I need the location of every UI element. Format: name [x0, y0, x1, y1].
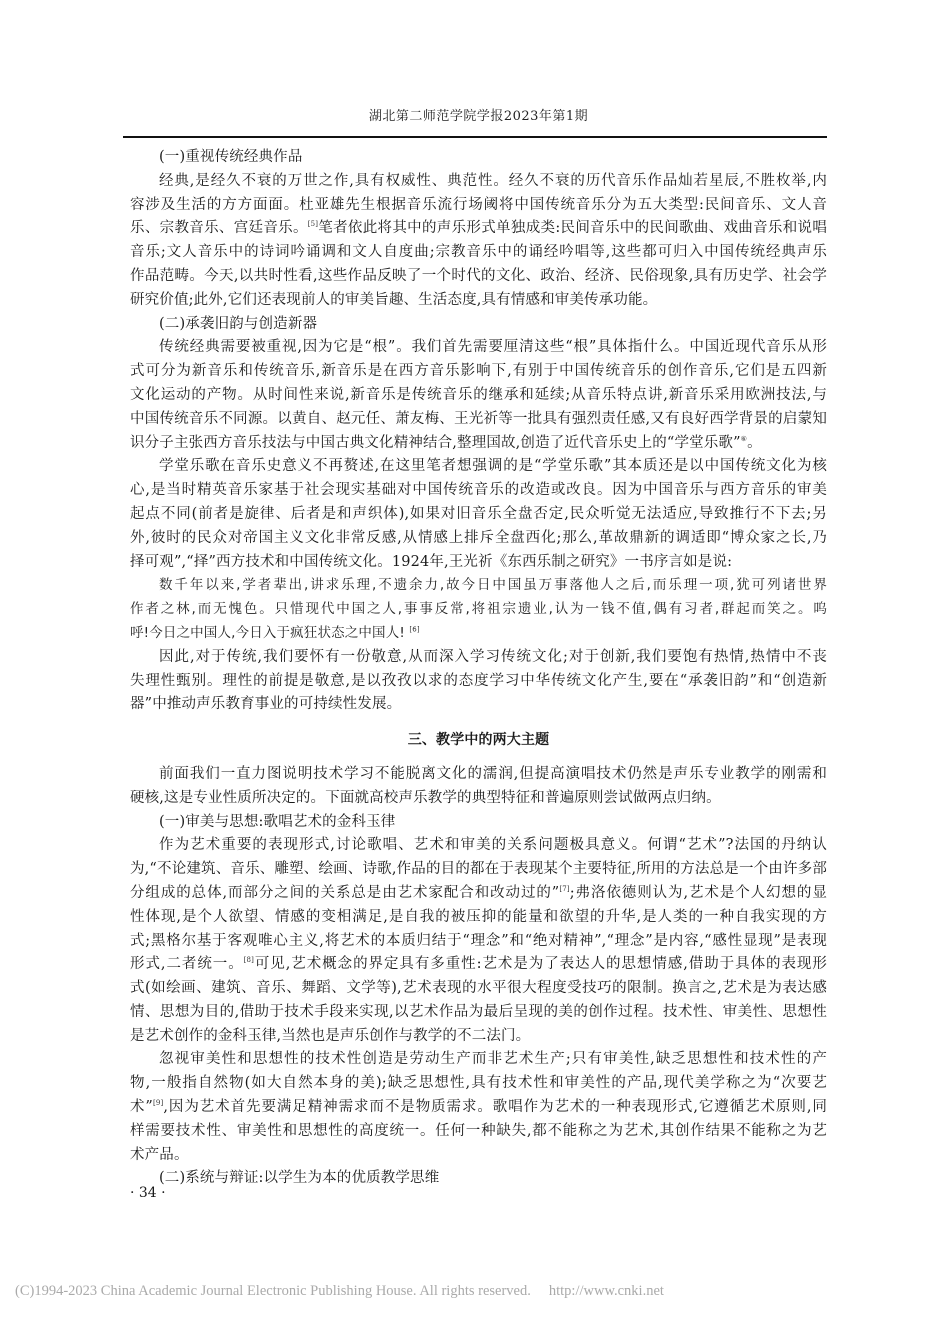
- paragraph: 传统经典需要被重视,因为它是“根”。我们首先需要厘清这些“根”具体指什么。中国近…: [130, 336, 827, 455]
- text-line: 音乐;文人音乐中的诗词吟诵调和文人自度曲;宗教音乐中的诵经吟唱等,这些都可归入中…: [130, 241, 827, 265]
- quote-line: 作者之林,而无愧色。只惜现代中国之人,事事反常,将祖宗遗业,认为一钱不值,偶有习…: [130, 598, 827, 622]
- text-line: 因此,对于传统,我们要怀有一份敬意,从而深入学习传统文化;对于创新,我们要饱有热…: [130, 646, 827, 670]
- text-span: ;弗洛依德则认为,艺术是个人幻想的显: [570, 885, 827, 901]
- text-span: 可见,艺术概念的界定具有多重性:艺术是为了表达人的思想情感,借助于具体的表现形: [254, 956, 827, 972]
- section-title: 三、教学中的两大主题: [130, 729, 827, 753]
- text-line: 物,一般指自然物(如大自然本身的美);缺乏思想性,具有技术性和审美性的产品,现代…: [130, 1072, 827, 1096]
- text-line: 式可分为新音乐和传统音乐,新音乐是在西方音乐影响下,有别于中国传统音乐的创作音乐…: [130, 360, 827, 384]
- text-line: 作为艺术重要的表现形式,讨论歌唱、艺术和审美的关系问题极具意义。何谓“艺术”?法…: [130, 834, 827, 858]
- text-line: 传统经典需要被重视,因为它是“根”。我们首先需要厘清这些“根”具体指什么。中国近…: [130, 336, 827, 360]
- text-line: 经典,是经久不衰的万世之作,具有权威性、典范性。经久不衰的历代音乐作品灿若星辰,…: [130, 170, 827, 194]
- text-line: 样需要技术性、审美性和思想性的高度统一。任何一种缺失,都不能称之为艺术,其创作结…: [130, 1120, 827, 1144]
- citation-marker: [7]: [559, 885, 569, 893]
- text-line: 前面我们一直力图说明技术学习不能脱离文化的濡润,但提高演唱技术仍然是声乐专业教学…: [130, 763, 827, 787]
- text-span: 形式,二者统一。: [130, 956, 244, 972]
- subsection-heading: (二)系统与辩证:以学生为本的优质教学思维: [130, 1167, 827, 1191]
- copyright-notice: (C)1994-2023 China Academic Journal Elec…: [15, 1283, 664, 1300]
- paragraph: 因此,对于传统,我们要怀有一份敬意,从而深入学习传统文化;对于创新,我们要饱有热…: [130, 646, 827, 717]
- text-line: 乐、宗教音乐、宫廷音乐。[5]笔者依此将其中的声乐形式单独成类:民间音乐中的民间…: [130, 217, 827, 241]
- copyright-text: (C)1994-2023 China Academic Journal Elec…: [15, 1283, 531, 1299]
- text-line: 术”[9],因为艺术首先要满足精神需求而不是物质需求。歌唱作为艺术的一种表现形式…: [130, 1096, 827, 1120]
- text-line: 容涉及生活的方方面面。杜亚雄先生根据音乐流行场阈将中国传统音乐分为五大类型:民间…: [130, 194, 827, 218]
- paragraph: 学堂乐歌在音乐史意义不再赘述,在这里笔者想强调的是“学堂乐歌”其本质还是以中国传…: [130, 455, 827, 574]
- text-line: 失理性甄别。理性的前提是敬意,是以孜孜以求的态度学习中华传统文化产生,要在“承袭…: [130, 670, 827, 694]
- citation-marker: [8]: [244, 956, 254, 964]
- running-header: 湖北第二师范学院学报2023年第1期: [130, 105, 827, 124]
- text-line: 文化运动的产物。从时间性来说,新音乐是传统音乐的继承和延续;从音乐特点讲,新音乐…: [130, 384, 827, 408]
- article-body: (一)重视传统经典作品 经典,是经久不衰的万世之作,具有权威性、典范性。经久不衰…: [130, 146, 827, 1191]
- cnki-link[interactable]: http://www.cnki.net: [549, 1283, 664, 1299]
- text-span: ,因为艺术首先要满足精神需求而不是物质需求。歌唱作为艺术的一种表现形式,它遵循艺…: [163, 1099, 827, 1115]
- subsection-heading: (一)审美与思想:歌唱艺术的金科玉律: [130, 811, 827, 835]
- quote-line: 数千年以来,学者辈出,讲求乐理,不遗余力,故今日中国虽万事落他人之后,而乐理一项…: [130, 574, 827, 598]
- text-span: 。: [747, 435, 762, 451]
- text-line: 心,是当时精英音乐家基于社会现实基础对中国传统音乐的改造或改良。因为中国音乐与西…: [130, 479, 827, 503]
- citation-marker: [6]: [409, 625, 419, 633]
- text-line: 式(如绘画、建筑、音乐、舞蹈、文学等),艺术表现的水平很大程度受技巧的限制。换言…: [130, 977, 827, 1001]
- text-line: 学堂乐歌在音乐史意义不再赘述,在这里笔者想强调的是“学堂乐歌”其本质还是以中国传…: [130, 455, 827, 479]
- text-span: 呼!今日之中国人,今日入于疯狂状态之中国人!: [130, 625, 405, 641]
- text-line: 忽视审美性和思想性的技术性创造是劳动生产而非艺术生产;只有审美性,缺乏思想性和技…: [130, 1048, 827, 1072]
- text-line: 中国传统音乐不同源。以黄自、赵元任、萧友梅、王光祈等一批具有强烈责任感,又有良好…: [130, 408, 827, 432]
- block-quote: 数千年以来,学者辈出,讲求乐理,不遗余力,故今日中国虽万事落他人之后,而乐理一项…: [130, 574, 827, 645]
- quote-line: 呼!今日之中国人,今日入于疯狂状态之中国人! [6]: [130, 622, 827, 646]
- text-line: 器”中推动声乐教育事业的可持续性发展。: [130, 693, 827, 717]
- citation-marker: [5]: [308, 221, 318, 229]
- text-span: 笔者依此将其中的声乐形式单独成类:民间音乐中的民间歌曲、戏曲音乐和说唱: [318, 220, 827, 236]
- text-line: 为,“不论建筑、音乐、雕塑、绘画、诗歌,作品的目的都在于表现某个主要特征,所用的…: [130, 858, 827, 882]
- text-line: 硬核,这是专业性质所决定的。下面就高校声乐教学的典型特征和普遍原则尝试做两点归纳…: [130, 787, 827, 811]
- text-line: 情、思想为目的,借助于技术手段来实现,以艺术作品为最后呈现的美的创作过程。技术性…: [130, 1001, 827, 1025]
- text-line: 形式,二者统一。[8]可见,艺术概念的界定具有多重性:艺术是为了表达人的思想情感…: [130, 953, 827, 977]
- text-span: 乐、宗教音乐、宫廷音乐。: [130, 220, 308, 236]
- text-line: 性体现,是个人欲望、情感的变相满足,是自我的被压抑的能量和欲望的升华,是人类的一…: [130, 906, 827, 930]
- citation-marker: [9]: [153, 1099, 163, 1107]
- journal-page: 湖北第二师范学院学报2023年第1期 (一)重视传统经典作品 经典,是经久不衰的…: [0, 0, 950, 1322]
- page-number: · 34 ·: [130, 1185, 166, 1201]
- paragraph: 忽视审美性和思想性的技术性创造是劳动生产而非艺术生产;只有审美性,缺乏思想性和技…: [130, 1048, 827, 1167]
- paragraph: 作为艺术重要的表现形式,讨论歌唱、艺术和审美的关系问题极具意义。何谓“艺术”?法…: [130, 834, 827, 1048]
- text-span: 分组成的总体,而部分之间的关系总是由艺术家配合和改动过的”: [130, 885, 559, 901]
- text-line: 分组成的总体,而部分之间的关系总是由艺术家配合和改动过的”[7];弗洛依德则认为…: [130, 882, 827, 906]
- text-span: 术”: [130, 1099, 153, 1115]
- text-line: 识分子主张西方音乐技法与中国古典文化精神结合,整理国故,创造了近代音乐史上的“学…: [130, 432, 827, 456]
- text-line: 是艺术创作的金科玉律,当然也是声乐创作与教学的不二法门。: [130, 1025, 827, 1049]
- text-span: 识分子主张西方音乐技法与中国古典文化精神结合,整理国故,创造了近代音乐史上的“学…: [130, 435, 741, 451]
- subsection-heading: (一)重视传统经典作品: [130, 146, 827, 170]
- text-line: 外,彼时的民众对帝国主义文化非常反感,从情感上排斥全盘西化;那么,革故鼎新的调适…: [130, 527, 827, 551]
- text-line: 择可观”,“择”西方技术和中国传统文化。1924年,王光祈《东西乐制之研究》一书…: [130, 551, 827, 575]
- text-line: 作品范畴。今天,以共时性看,这些作品反映了一个时代的文化、政治、经济、民俗现象,…: [130, 265, 827, 289]
- text-line: 术产品。: [130, 1144, 827, 1168]
- paragraph: 经典,是经久不衰的万世之作,具有权威性、典范性。经久不衰的历代音乐作品灿若星辰,…: [130, 170, 827, 313]
- subsection-heading: (二)承袭旧韵与创造新器: [130, 313, 827, 337]
- text-line: 研究价值;此外,它们还表现前人的审美旨趣、生活态度,具有情感和审美传承功能。: [130, 289, 827, 313]
- text-line: 起点不同(前者是旋律、后者是和声织体),如果对旧音乐全盘否定,民众听觉无法适应,…: [130, 503, 827, 527]
- header-rule: [123, 136, 827, 138]
- text-line: 式;黑格尔基于客观唯心主义,将艺术的本质归结于“理念”和“绝对精神”,“理念”是…: [130, 930, 827, 954]
- paragraph: 前面我们一直力图说明技术学习不能脱离文化的濡润,但提高演唱技术仍然是声乐专业教学…: [130, 763, 827, 811]
